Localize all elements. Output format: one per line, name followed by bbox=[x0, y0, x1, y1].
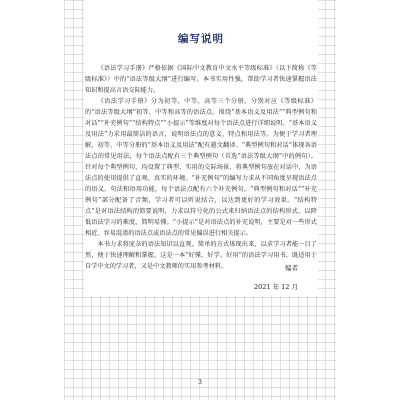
signature: 编者 bbox=[285, 263, 298, 272]
text-area: 编写说明 《语法学习手册》严格依据《国际中文教育中文水平等级标准》（以下简称《等… bbox=[84, 0, 318, 296]
date: 2021 年 12 月 bbox=[254, 282, 298, 291]
page-number: 3 bbox=[64, 378, 336, 386]
page-title: 编写说明 bbox=[84, 31, 318, 46]
body-text: 《语法学习手册》严格依据《国际中文教育中文水平等级标准》（以下简称《等级标准》）… bbox=[85, 63, 317, 272]
paragraph-2: 《语法学习手册》分为初等、中等、高等三个分册，分别对应《等级标准》的“语法等级大… bbox=[85, 96, 317, 239]
paragraph-3: 本书力求将庞杂的语法知识以直观、简单的方式体现出来，以求学习者能一目了然，便于快… bbox=[85, 239, 317, 272]
paragraph-1: 《语法学习手册》严格依据《国际中文教育中文水平等级标准》（以下简称《等级标准》）… bbox=[85, 63, 317, 96]
document-page: 编写说明 《语法学习手册》严格依据《国际中文教育中文水平等级标准》（以下简称《等… bbox=[64, 0, 336, 400]
